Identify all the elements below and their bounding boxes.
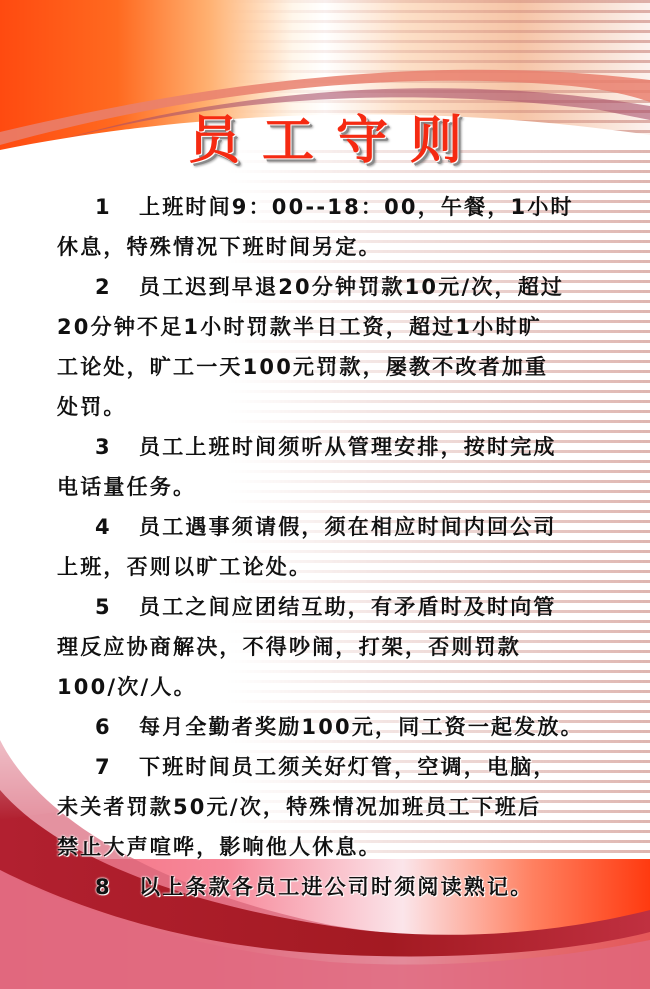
- rule-text: 员工上班时间须听从管理安排，按时完成: [139, 435, 557, 459]
- rule-number: 4: [95, 507, 139, 547]
- rule-text: 员工遇事须请假，须在相应时间内回公司: [139, 515, 557, 539]
- rule-text: 以上条款各员工进公司时须阅读熟记。: [139, 875, 533, 899]
- rule-3-line-2: 电话量任务。: [57, 467, 617, 507]
- rule-text: 下班时间员工须关好灯管，空调，电脑，: [139, 755, 557, 779]
- rule-1-line-1: 1上班时间9：00--18：00，午餐，1小时: [57, 187, 617, 227]
- rule-5-line-3: 100/次/人。: [57, 667, 617, 707]
- page-title: 员工守则: [0, 98, 650, 173]
- rule-number: 8: [95, 867, 139, 907]
- rule-number: 6: [95, 707, 139, 747]
- rules-list: 1上班时间9：00--18：00，午餐，1小时 休息，特殊情况下班时间另定。 2…: [57, 187, 617, 907]
- rule-2-line-1: 2员工迟到早退20分钟罚款10元/次，超过: [57, 267, 617, 307]
- rule-5-line-1: 5员工之间应团结互助，有矛盾时及时向管: [57, 587, 617, 627]
- rule-6-line-1: 6每月全勤者奖励100元，同工资一起发放。: [57, 707, 617, 747]
- rule-3-line-1: 3员工上班时间须听从管理安排，按时完成: [57, 427, 617, 467]
- rule-4-line-2: 上班，否则以旷工论处。: [57, 547, 617, 587]
- rule-1-line-2: 休息，特殊情况下班时间另定。: [57, 227, 617, 267]
- rule-2-line-4: 处罚。: [57, 387, 617, 427]
- rule-number: 5: [95, 587, 139, 627]
- rule-2-line-2: 20分钟不足1小时罚款半日工资，超过1小时旷: [57, 307, 617, 347]
- rule-8-line-1: 8以上条款各员工进公司时须阅读熟记。: [57, 867, 617, 907]
- rule-7-line-3: 禁止大声喧哗，影响他人休息。: [57, 827, 617, 867]
- rule-text: 员工迟到早退20分钟罚款10元/次，超过: [139, 275, 564, 299]
- rule-7-line-1: 7下班时间员工须关好灯管，空调，电脑，: [57, 747, 617, 787]
- rule-text: 每月全勤者奖励100元，同工资一起发放。: [139, 715, 584, 739]
- rule-number: 7: [95, 747, 139, 787]
- rule-number: 3: [95, 427, 139, 467]
- rule-2-line-3: 工论处，旷工一天100元罚款，屡教不改者加重: [57, 347, 617, 387]
- rule-text: 员工之间应团结互助，有矛盾时及时向管: [139, 595, 557, 619]
- rule-number: 2: [95, 267, 139, 307]
- rule-text: 上班时间9：00--18：00，午餐，1小时: [139, 195, 574, 219]
- rule-number: 1: [95, 187, 139, 227]
- rule-7-line-2: 未关者罚款50元/次，特殊情况加班员工下班后: [57, 787, 617, 827]
- content: 员工守则 1上班时间9：00--18：00，午餐，1小时 休息，特殊情况下班时间…: [0, 0, 650, 989]
- rule-4-line-1: 4员工遇事须请假，须在相应时间内回公司: [57, 507, 617, 547]
- poster: 员工守则 1上班时间9：00--18：00，午餐，1小时 休息，特殊情况下班时间…: [0, 0, 650, 989]
- rule-5-line-2: 理反应协商解决，不得吵闹，打架，否则罚款: [57, 627, 617, 667]
